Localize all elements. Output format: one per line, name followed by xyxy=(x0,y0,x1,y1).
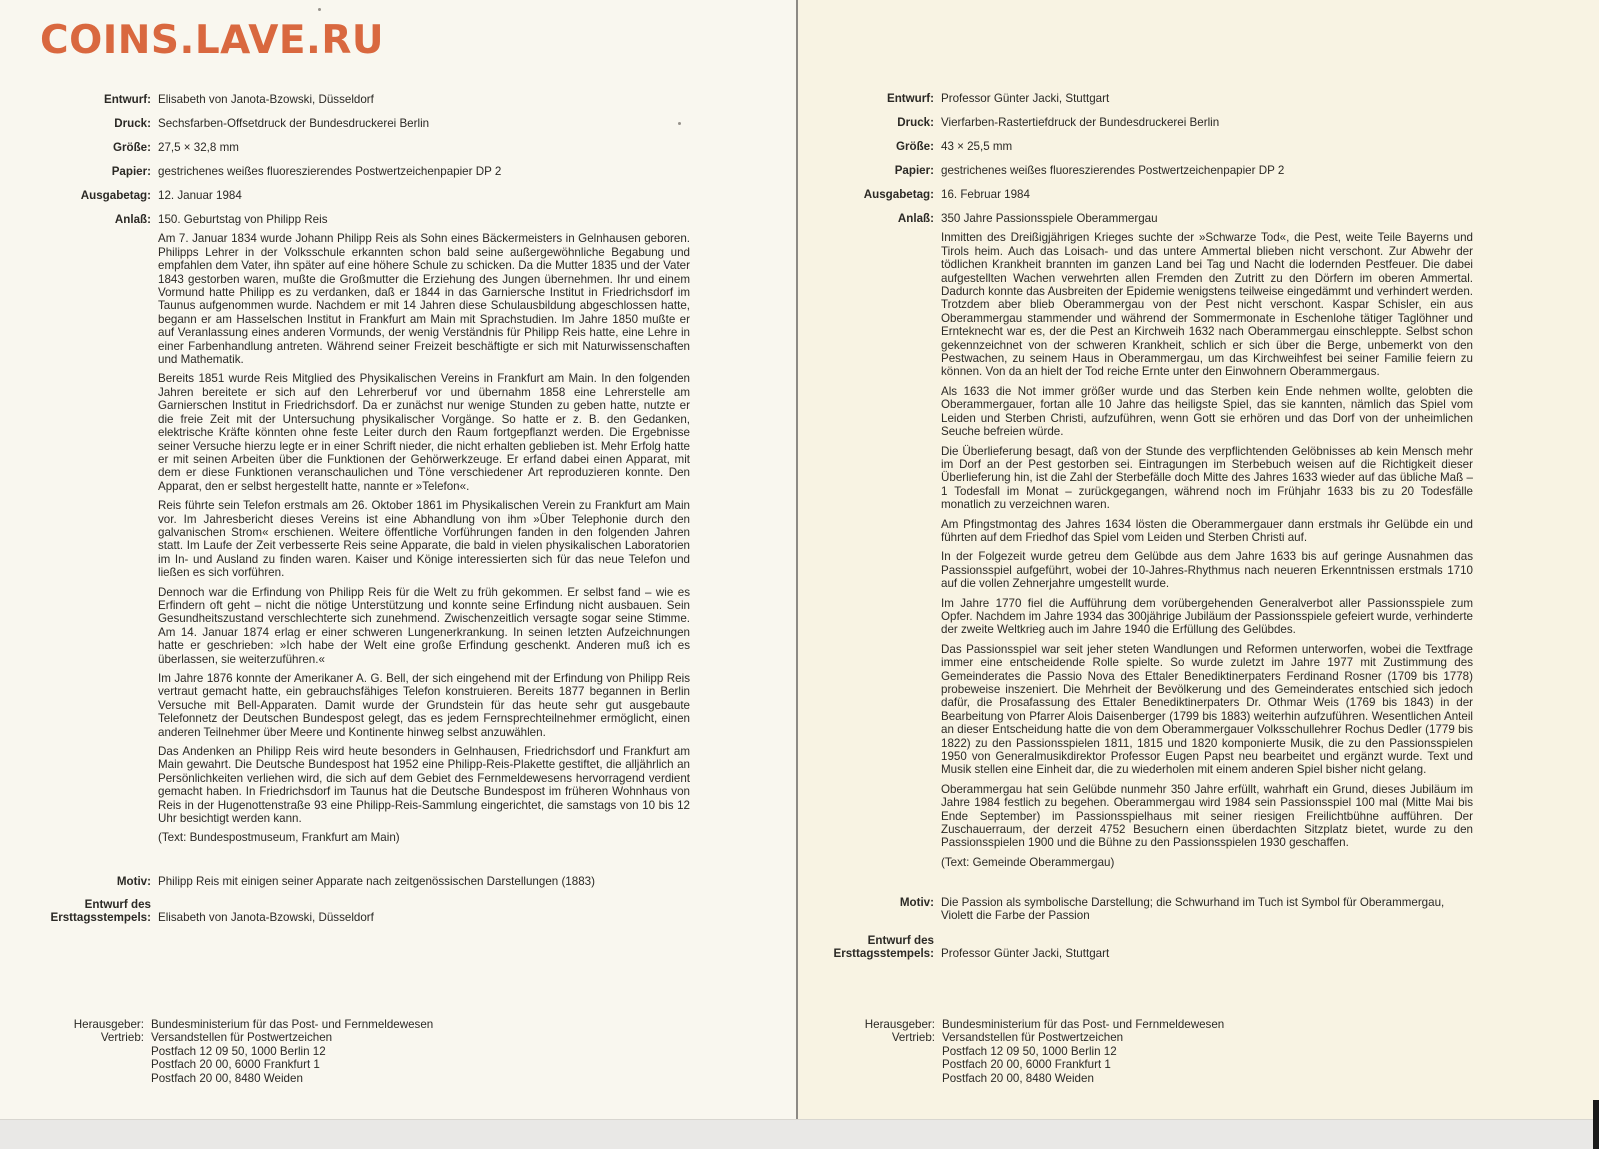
field-label: Entwurf des Ersttagsstempels: xyxy=(10,898,158,925)
paper-speck xyxy=(1371,390,1374,393)
field-entwurf: Entwurf: Elisabeth von Janota-Bzowski, D… xyxy=(10,93,690,106)
field-druck: Druck: Vierfarben-Rastertiefdruck der Bu… xyxy=(798,116,1473,129)
field-label: Entwurf: xyxy=(798,92,941,105)
field-label: Größe: xyxy=(10,141,158,154)
anlass-title: 350 Jahre Passionsspiele Oberammergau xyxy=(941,212,1473,225)
text-source: (Text: Gemeinde Oberammergau) xyxy=(941,856,1473,869)
body-paragraph: Das Passionsspiel war seit jeher steten … xyxy=(941,643,1473,777)
field-motiv: Motiv: Die Passion als symbolische Darst… xyxy=(798,896,1473,923)
field-value: 12. Januar 1984 xyxy=(158,189,690,202)
field-anlass: Anlaß: 350 Jahre Passionsspiele Oberamme… xyxy=(798,212,1473,869)
body-paragraph: Das Andenken an Philipp Reis wird heute … xyxy=(158,745,690,825)
scan-edge-mark xyxy=(1593,1100,1599,1149)
herausgeber-value: Bundesministerium für das Post- und Fern… xyxy=(942,1018,1224,1031)
watermark: COINS.LAVE.RU xyxy=(40,18,384,63)
field-value: Sechsfarben-Offsetdruck der Bundesdrucke… xyxy=(158,117,690,130)
field-ausgabetag: Ausgabetag: 12. Januar 1984 xyxy=(10,189,690,202)
field-label: Ausgabetag: xyxy=(10,189,158,202)
publisher-info: Herausgeber: Vertrieb: Bundesministerium… xyxy=(798,1018,1224,1085)
vertrieb-label: Vertrieb: xyxy=(10,1031,144,1044)
vertrieb-line: Postfach 20 00, 8480 Weiden xyxy=(151,1072,433,1085)
field-label: Entwurf des Ersttagsstempels: xyxy=(798,934,941,961)
vertrieb-line: Postfach 20 00, 8480 Weiden xyxy=(942,1072,1224,1085)
field-value: 350 Jahre Passionsspiele Oberammergau In… xyxy=(941,212,1473,869)
text-source: (Text: Bundespostmuseum, Frankfurt am Ma… xyxy=(158,831,690,844)
body-paragraph: Oberammergau hat sein Gelübde nunmehr 35… xyxy=(941,783,1473,850)
herausgeber-value: Bundesministerium für das Post- und Fern… xyxy=(151,1018,433,1031)
body-paragraph: Reis führte sein Telefon erstmals am 26.… xyxy=(158,499,690,579)
vertrieb-line: Postfach 20 00, 6000 Frankfurt 1 xyxy=(942,1058,1224,1071)
field-motiv: Motiv: Philipp Reis mit einigen seiner A… xyxy=(10,875,690,888)
field-value: gestrichenes weißes fluoreszierendes Pos… xyxy=(158,165,690,178)
field-label: Motiv: xyxy=(10,875,158,888)
field-value: 16. Februar 1984 xyxy=(941,188,1473,201)
herausgeber-label: Herausgeber: xyxy=(10,1018,144,1031)
vertrieb-line: Postfach 20 00, 6000 Frankfurt 1 xyxy=(151,1058,433,1071)
vertrieb-line: Postfach 12 09 50, 1000 Berlin 12 xyxy=(942,1045,1224,1058)
paper-speck xyxy=(318,8,321,11)
field-label: Größe: xyxy=(798,140,941,153)
left-document-page: COINS.LAVE.RU Entwurf: Elisabeth von Jan… xyxy=(0,0,797,1119)
publisher-info: Herausgeber: Vertrieb: Bundesministerium… xyxy=(10,1018,433,1085)
field-papier: Papier: gestrichenes weißes fluoresziere… xyxy=(798,164,1473,177)
body-paragraph: Die Überlieferung besagt, daß von der St… xyxy=(941,445,1473,512)
field-anlass: Anlaß: 150. Geburtstag von Philipp Reis … xyxy=(10,213,690,845)
field-papier: Papier: gestrichenes weißes fluoresziere… xyxy=(10,165,690,178)
field-value: gestrichenes weißes fluoreszierendes Pos… xyxy=(941,164,1473,177)
field-value: Elisabeth von Janota-Bzowski, Düsseldorf xyxy=(158,898,690,925)
field-groesse: Größe: 43 × 25,5 mm xyxy=(798,140,1473,153)
scan-bottom-edge xyxy=(0,1119,1599,1149)
herausgeber-label: Herausgeber: xyxy=(798,1018,935,1031)
field-label: Papier: xyxy=(798,164,941,177)
anlass-title: 150. Geburtstag von Philipp Reis xyxy=(158,213,690,226)
body-paragraph: Am Pfingstmontag des Jahres 1634 lösten … xyxy=(941,518,1473,545)
vertrieb-line: Versandstellen für Postwertzeichen xyxy=(151,1031,433,1044)
field-value: Professor Günter Jacki, Stuttgart xyxy=(941,92,1473,105)
right-document-page: Entwurf: Professor Günter Jacki, Stuttga… xyxy=(798,0,1599,1119)
field-value: Die Passion als symbolische Darstellung;… xyxy=(941,896,1473,923)
field-label: Druck: xyxy=(798,116,941,129)
vertrieb-label: Vertrieb: xyxy=(798,1031,935,1044)
field-label: Entwurf: xyxy=(10,93,158,106)
body-paragraph: Bereits 1851 wurde Reis Mitglied des Phy… xyxy=(158,372,690,493)
field-value: Professor Günter Jacki, Stuttgart xyxy=(941,934,1473,961)
body-paragraph: Dennoch war die Erfindung von Philipp Re… xyxy=(158,586,690,666)
field-label: Druck: xyxy=(10,117,158,130)
field-value: 150. Geburtstag von Philipp Reis Am 7. J… xyxy=(158,213,690,845)
field-label: Ausgabetag: xyxy=(798,188,941,201)
field-label: Papier: xyxy=(10,165,158,178)
vertrieb-line: Versandstellen für Postwertzeichen xyxy=(942,1031,1224,1044)
field-ausgabetag: Ausgabetag: 16. Februar 1984 xyxy=(798,188,1473,201)
body-paragraph: Am 7. Januar 1834 wurde Johann Philipp R… xyxy=(158,232,690,366)
field-value: 43 × 25,5 mm xyxy=(941,140,1473,153)
field-value: Elisabeth von Janota-Bzowski, Düsseldorf xyxy=(158,93,690,106)
vertrieb-line: Postfach 12 09 50, 1000 Berlin 12 xyxy=(151,1045,433,1058)
field-entwurf: Entwurf: Professor Günter Jacki, Stuttga… xyxy=(798,92,1473,105)
field-label: Anlaß: xyxy=(798,212,941,869)
field-value: Vierfarben-Rastertiefdruck der Bundesdru… xyxy=(941,116,1473,129)
body-paragraph: Als 1633 die Not immer größer wurde und … xyxy=(941,385,1473,439)
body-paragraph: Im Jahre 1770 fiel die Aufführung dem vo… xyxy=(941,597,1473,637)
field-druck: Druck: Sechsfarben-Offsetdruck der Bunde… xyxy=(10,117,690,130)
field-label: Anlaß: xyxy=(10,213,158,845)
body-paragraph: Inmitten des Dreißigjährigen Krieges suc… xyxy=(941,231,1473,378)
field-groesse: Größe: 27,5 × 32,8 mm xyxy=(10,141,690,154)
body-paragraph: Im Jahre 1876 konnte der Amerikaner A. G… xyxy=(158,672,690,739)
field-ersttagsstempel: Entwurf des Ersttagsstempels: Professor … xyxy=(798,934,1473,961)
field-ersttagsstempel: Entwurf des Ersttagsstempels: Elisabeth … xyxy=(10,898,690,925)
body-paragraph: In der Folgezeit wurde getreu dem Gelübd… xyxy=(941,550,1473,590)
field-value: 27,5 × 32,8 mm xyxy=(158,141,690,154)
paper-speck xyxy=(678,122,681,125)
field-value: Philipp Reis mit einigen seiner Apparate… xyxy=(158,875,690,888)
field-label: Motiv: xyxy=(798,896,941,923)
